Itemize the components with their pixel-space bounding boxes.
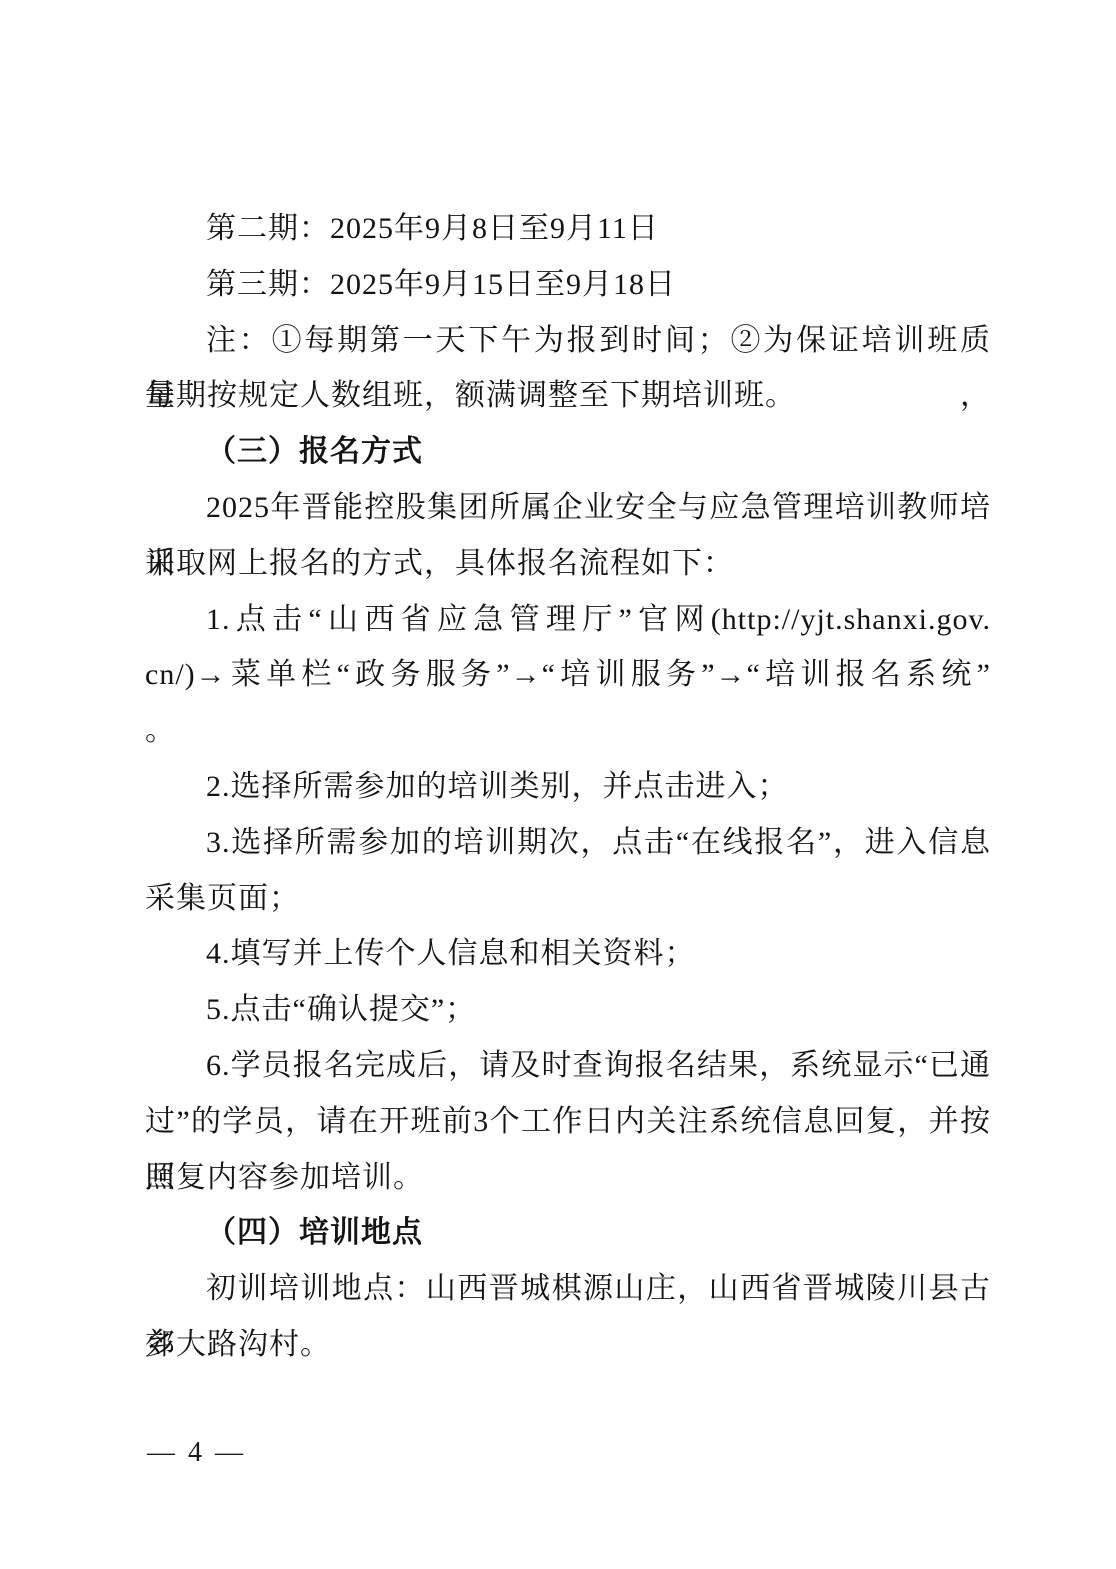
line-session-2: 第二期：2025年9月8日至9月11日 xyxy=(145,201,991,257)
line-step-3: 3.选择所需参加的培训期次，点击“在线报名”，进入信息 xyxy=(145,815,991,871)
line-step-6-continued-1: 过”的学员，请在开班前3个工作日内关注系统信息回复，并按照 xyxy=(145,1094,991,1150)
line-step-1: 1.点击“山西省应急管理厅”官网(http://yjt.shanxi.gov. xyxy=(145,592,991,648)
section-heading-registration-method: （三）报名方式 xyxy=(145,424,991,480)
line-location-continued: 乡大路沟村。 xyxy=(145,1317,991,1373)
line-step-3-continued: 采集页面； xyxy=(145,871,991,927)
line-location: 初训培训地点：山西晋城棋源山庄，山西省晋城陵川县古郊 xyxy=(145,1261,991,1317)
line-registration-intro: 2025年晋能控股集团所属企业安全与应急管理培训教师培训 xyxy=(145,480,991,536)
page-number: — 4 — xyxy=(147,1436,246,1470)
line-step-2: 2.选择所需参加的培训类别，并点击进入； xyxy=(145,759,991,815)
line-step-1-continued: cn/)→菜单栏“政务服务”→“培训服务”→“培训报名系统” xyxy=(145,647,991,703)
line-step-1-period: 。 xyxy=(145,703,991,759)
line-note: 注：①每期第一天下午为报到时间；②为保证培训班质量， xyxy=(145,313,991,369)
line-step-4: 4.填写并上传个人信息和相关资料； xyxy=(145,926,991,982)
section-heading-training-location: （四）培训地点 xyxy=(145,1205,991,1261)
line-session-3: 第三期：2025年9月15日至9月18日 xyxy=(145,257,991,313)
line-step-6-continued-2: 回复内容参加培训。 xyxy=(145,1150,991,1206)
line-registration-intro-continued: 采取网上报名的方式，具体报名流程如下： xyxy=(145,536,991,592)
line-step-5: 5.点击“确认提交”； xyxy=(145,982,991,1038)
document-page: 第二期：2025年9月8日至9月11日第三期：2025年9月15日至9月18日注… xyxy=(0,0,1116,1569)
document-body: 第二期：2025年9月8日至9月11日第三期：2025年9月15日至9月18日注… xyxy=(145,201,991,1373)
line-step-6: 6.学员报名完成后，请及时查询报名结果，系统显示“已通 xyxy=(145,1038,991,1094)
